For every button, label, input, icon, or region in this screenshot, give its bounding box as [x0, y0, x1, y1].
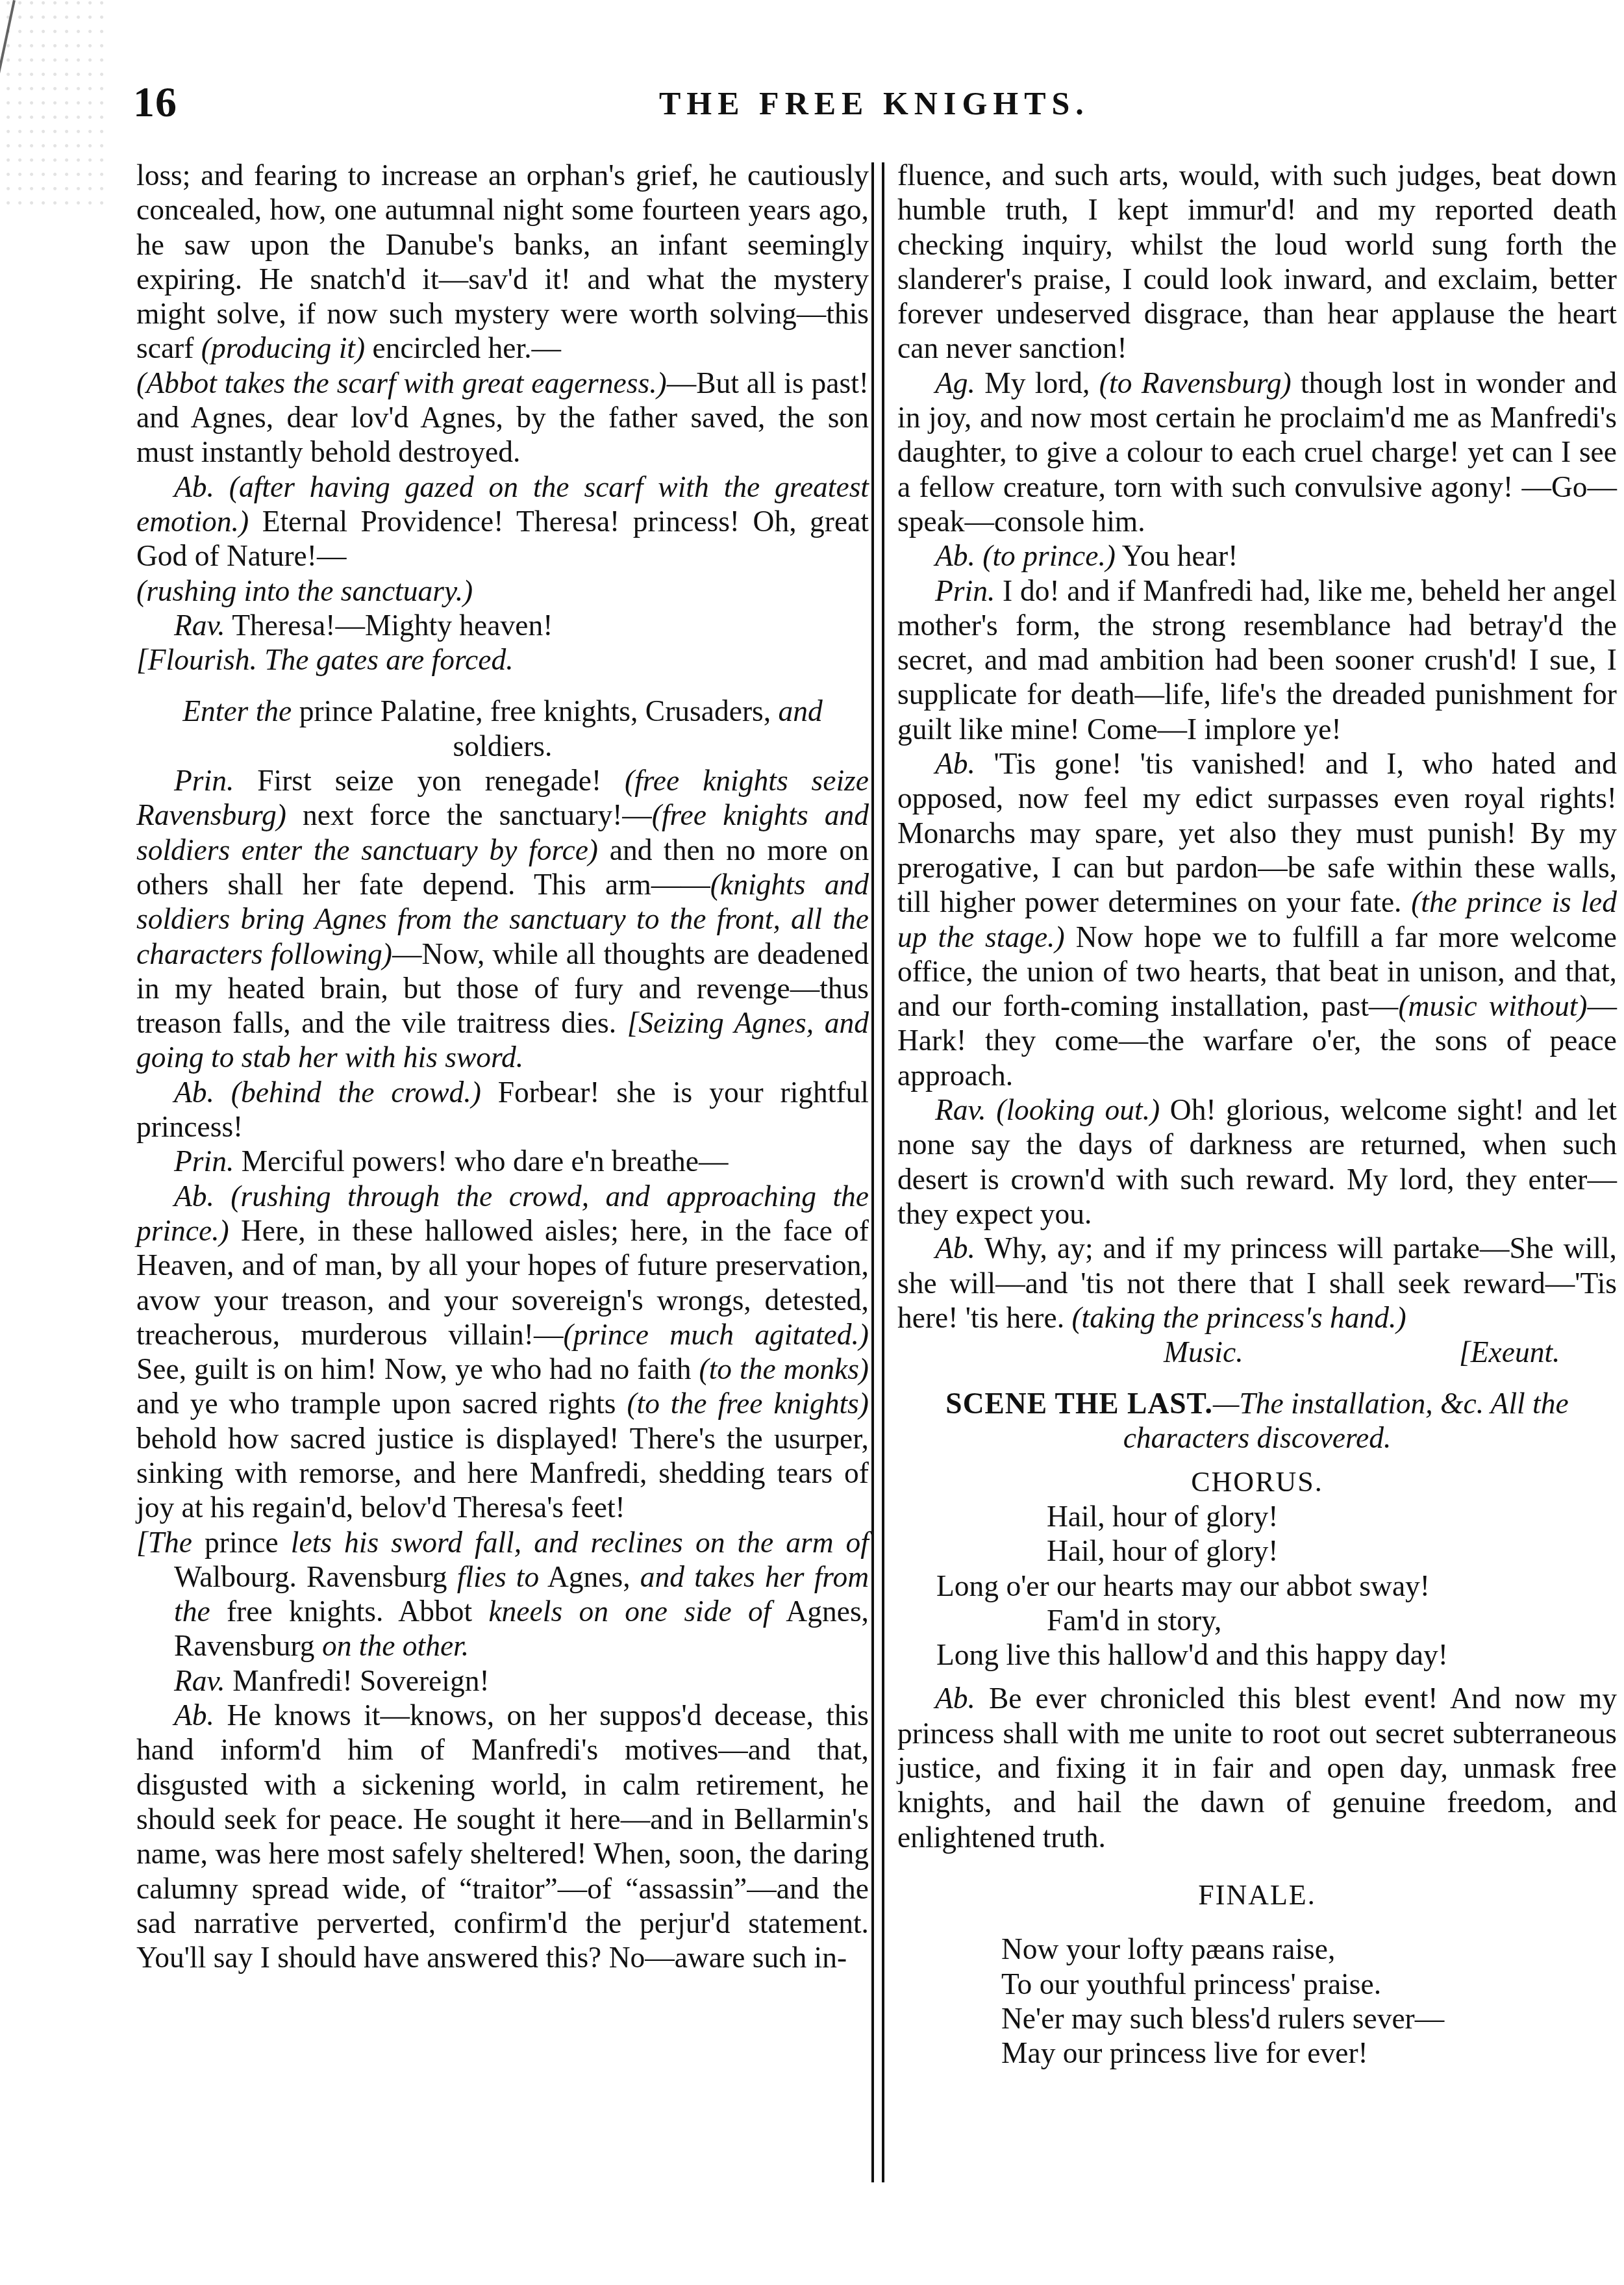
verse-line: Now your lofty pæans raise, [897, 1932, 1617, 1966]
stage-direction: (to Ravensburg) [1099, 366, 1292, 399]
scene-label: SCENE THE LAST. [945, 1387, 1213, 1420]
speaker-name: Ab. [174, 1698, 214, 1732]
stage-direction: (looking out.) [996, 1093, 1160, 1126]
speaker-name: Prin. [935, 574, 995, 607]
speech: Ab. Be ever chronicled this blest event!… [897, 1681, 1617, 1854]
verse-line: To our youthful princess' praise. [897, 1967, 1617, 2001]
column-rule-right [882, 162, 884, 2182]
speaker-name: Ab. [935, 747, 975, 780]
verse-line: Hail, hour of glory! [897, 1499, 1617, 1534]
chorus-title: CHORUS. [897, 1465, 1617, 1499]
speech: Ag. My lord, (to Ravensburg) though lost… [897, 366, 1617, 538]
speech: Prin. Merciful powers! who dare e'n brea… [136, 1144, 869, 1178]
speaker-name: Ab. [174, 1076, 214, 1109]
chorus-verse: Hail, hour of glory! Hail, hour of glory… [897, 1499, 1617, 1672]
stage-direction: (to prince.) [982, 539, 1116, 572]
page-number: 16 [133, 78, 177, 127]
book-page: 16 THE FREE KNIGHTS. loss; and fearing t… [0, 0, 1624, 2285]
speaker-name: Prin. [174, 764, 234, 797]
stage-direction: (prince much agitated.) [563, 1318, 869, 1351]
stage-direction: (taking the princess's hand.) [1071, 1301, 1406, 1334]
speaker-name: Prin. [174, 1144, 234, 1178]
page-edge-stain [0, 0, 104, 214]
verse-line: Long live this hallow'd and this happy d… [897, 1637, 1617, 1672]
speech: Ab. (to prince.) You hear! [897, 538, 1617, 573]
left-column: loss; and fearing to increase an orphan'… [136, 158, 869, 1975]
verse-line: Long o'er our hearts may our abbot sway! [897, 1569, 1617, 1603]
stage-direction: (music without) [1398, 989, 1587, 1022]
verse-line: May our princess live for ever! [897, 2036, 1617, 2070]
speaker-name: Rav. [935, 1093, 986, 1126]
stage-direction: (to the free knights) [627, 1387, 869, 1420]
speech: Ab. He knows it—knows, on her suppos'd d… [136, 1698, 869, 1975]
page-header: 16 THE FREE KNIGHTS. [133, 78, 1620, 130]
finale-title: FINALE. [897, 1878, 1617, 1912]
right-column: fluence, and such arts, would, with such… [897, 158, 1617, 2070]
stage-direction: (behind the crowd.) [231, 1076, 481, 1109]
verse-line: Ne'er may such bless'd rulers sever— [897, 2001, 1617, 2036]
speaker-name: Rav. [174, 1664, 225, 1697]
music-cue: Music. [1164, 1335, 1243, 1369]
stage-direction: (rushing into the sanctuary.) [136, 574, 473, 607]
paragraph: loss; and fearing to increase an orphan'… [136, 158, 869, 470]
stage-direction-line: [Flourish. The gates are forced. [136, 642, 869, 677]
speaker-name: Ab. [174, 1180, 214, 1213]
verse-line: Fam'd in story, [897, 1603, 1617, 1637]
speaker-name: Ab. [935, 1682, 975, 1715]
speaker-name: Ab. [935, 539, 975, 572]
stage-direction-block: [The prince lets his sword fall, and rec… [136, 1525, 869, 1663]
exeunt-cue: [Exeunt. [1459, 1335, 1560, 1369]
running-title: THE FREE KNIGHTS. [659, 84, 1090, 122]
entrance-direction: Enter the prince Palatine, free knights,… [136, 694, 869, 763]
speech: Ab. (behind the crowd.) Forbear! she is … [136, 1075, 869, 1144]
finale-verse: Now your lofty pæans raise, To our youth… [897, 1932, 1617, 2070]
speech: Rav. Theresa!—Mighty heaven! [136, 608, 869, 642]
speech: Rav. (looking out.) Oh! glorious, welcom… [897, 1092, 1617, 1231]
speaker-name: Rav. [174, 609, 225, 642]
music-exeunt-line: Music. [Exeunt. [897, 1335, 1617, 1369]
scene-heading: SCENE THE LAST.—The installation, &c. Al… [897, 1386, 1617, 1456]
column-rule-left [871, 162, 874, 2182]
speech: Prin. First seize yon renegade! (free kn… [136, 763, 869, 1075]
stage-direction: (Abbot takes the scarf with great eagern… [136, 366, 667, 399]
stage-direction: (producing it) [201, 331, 365, 364]
stage-direction: (to the monks) [699, 1352, 869, 1385]
speaker-name: Ab. [935, 1231, 975, 1265]
speech: Ab. (rushing through the crowd, and appr… [136, 1179, 869, 1525]
speech: Rav. Manfredi! Sovereign! [136, 1663, 869, 1698]
speech: Ab. 'Tis gone! 'tis vanished! and I, who… [897, 746, 1617, 1092]
verse-line: Hail, hour of glory! [897, 1534, 1617, 1568]
speaker-name: Ab. [174, 470, 214, 503]
speaker-name: Ag. [935, 366, 975, 399]
speech: Ab. (after having gazed on the scarf wit… [136, 470, 869, 608]
paragraph: fluence, and such arts, would, with such… [897, 158, 1617, 366]
speech: Ab. Why, ay; and if my princess will par… [897, 1231, 1617, 1335]
speech: Prin. I do! and if Manfredi had, like me… [897, 574, 1617, 746]
